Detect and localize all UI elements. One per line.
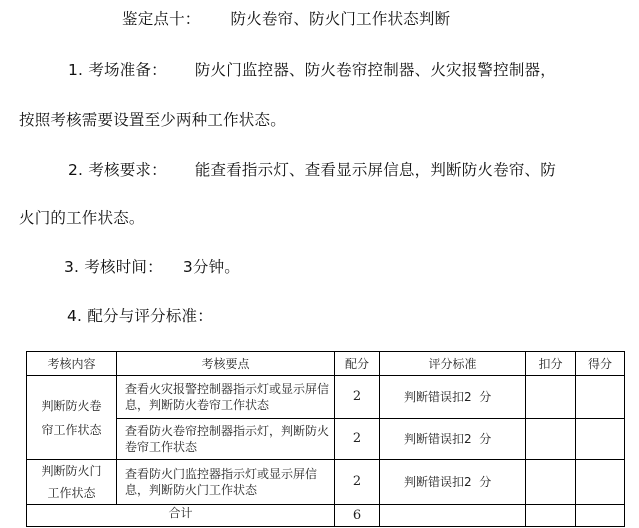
earned-cell[interactable] (576, 419, 625, 460)
earned-cell[interactable] (576, 460, 625, 505)
section-4-heading: 4. 配分与评分标准： (67, 306, 213, 326)
header-point: 考核要点 (117, 352, 335, 376)
section-2-text: 能查看指示灯、查看显示屏信息，判断防火卷帘、防 (195, 161, 556, 179)
total-criteria (380, 505, 526, 527)
total-deduct[interactable] (526, 505, 576, 527)
total-label: 合计 (27, 505, 335, 527)
total-earned[interactable] (576, 505, 625, 527)
header-score: 配分 (335, 352, 380, 376)
earned-cell[interactable] (576, 376, 625, 419)
table-total-row: 合计 6 (27, 505, 625, 527)
title-text: 防火卷帘、防火门工作状态判断 (231, 10, 451, 28)
total-score: 6 (335, 505, 380, 527)
title-label: 鉴定点十： (122, 10, 201, 28)
deduct-cell[interactable] (526, 419, 576, 460)
section-3-heading: 3. 考核时间： (64, 258, 163, 276)
table-row: 判断防火门工作状态 查看防火门监控器指示灯或显示屏信息，判断防火门工作状态 2 … (27, 460, 625, 505)
header-criteria: 评分标准 (380, 352, 526, 376)
table-header-row: 考核内容 考核要点 配分 评分标准 扣分 得分 (27, 352, 625, 376)
content-cell: 判断防火门工作状态 (27, 460, 117, 505)
scoring-table: 考核内容 考核要点 配分 评分标准 扣分 得分 判断防火卷帘工作状态 查看火灾报… (26, 351, 625, 527)
section-1-line-2: 按照考核需要设置至少两种工作状态。 (19, 110, 286, 130)
deduct-cell[interactable] (526, 376, 576, 419)
section-2-line-2: 火门的工作状态。 (19, 208, 145, 228)
section-2-line-1: 2. 考核要求：能查看指示灯、查看显示屏信息，判断防火卷帘、防 (68, 160, 556, 180)
section-3-text: 3分钟。 (183, 258, 240, 276)
point-cell: 查看火灾报警控制器指示灯或显示屏信息，判断防火卷帘工作状态 (117, 376, 335, 419)
section-1-line-1: 1. 考场准备：防火门监控器、防火卷帘控制器、火灾报警控制器， (68, 60, 556, 80)
score-cell: 2 (335, 419, 380, 460)
section-3-line: 3. 考核时间：3分钟。 (64, 257, 240, 277)
section-1-heading: 1. 考场准备： (68, 61, 167, 79)
content-cell: 判断防火卷帘工作状态 (27, 376, 117, 460)
point-cell: 查看防火卷帘控制器指示灯，判断防火卷帘工作状态 (117, 419, 335, 460)
header-content: 考核内容 (27, 352, 117, 376)
table-row: 查看防火卷帘控制器指示灯，判断防火卷帘工作状态 2 判断错误扣2 分 (27, 419, 625, 460)
document-title: 鉴定点十：防火卷帘、防火门工作状态判断 (122, 9, 450, 29)
section-1-text: 防火门监控器、防火卷帘控制器、火灾报警控制器， (195, 61, 556, 79)
deduct-cell[interactable] (526, 460, 576, 505)
score-cell: 2 (335, 376, 380, 419)
criteria-cell: 判断错误扣2 分 (380, 460, 526, 505)
criteria-cell: 判断错误扣2 分 (380, 419, 526, 460)
point-cell: 查看防火门监控器指示灯或显示屏信息，判断防火门工作状态 (117, 460, 335, 505)
section-2-heading: 2. 考核要求： (68, 161, 167, 179)
table-row: 判断防火卷帘工作状态 查看火灾报警控制器指示灯或显示屏信息，判断防火卷帘工作状态… (27, 376, 625, 419)
score-cell: 2 (335, 460, 380, 505)
criteria-cell: 判断错误扣2 分 (380, 376, 526, 419)
header-earned: 得分 (576, 352, 625, 376)
header-deduct: 扣分 (526, 352, 576, 376)
